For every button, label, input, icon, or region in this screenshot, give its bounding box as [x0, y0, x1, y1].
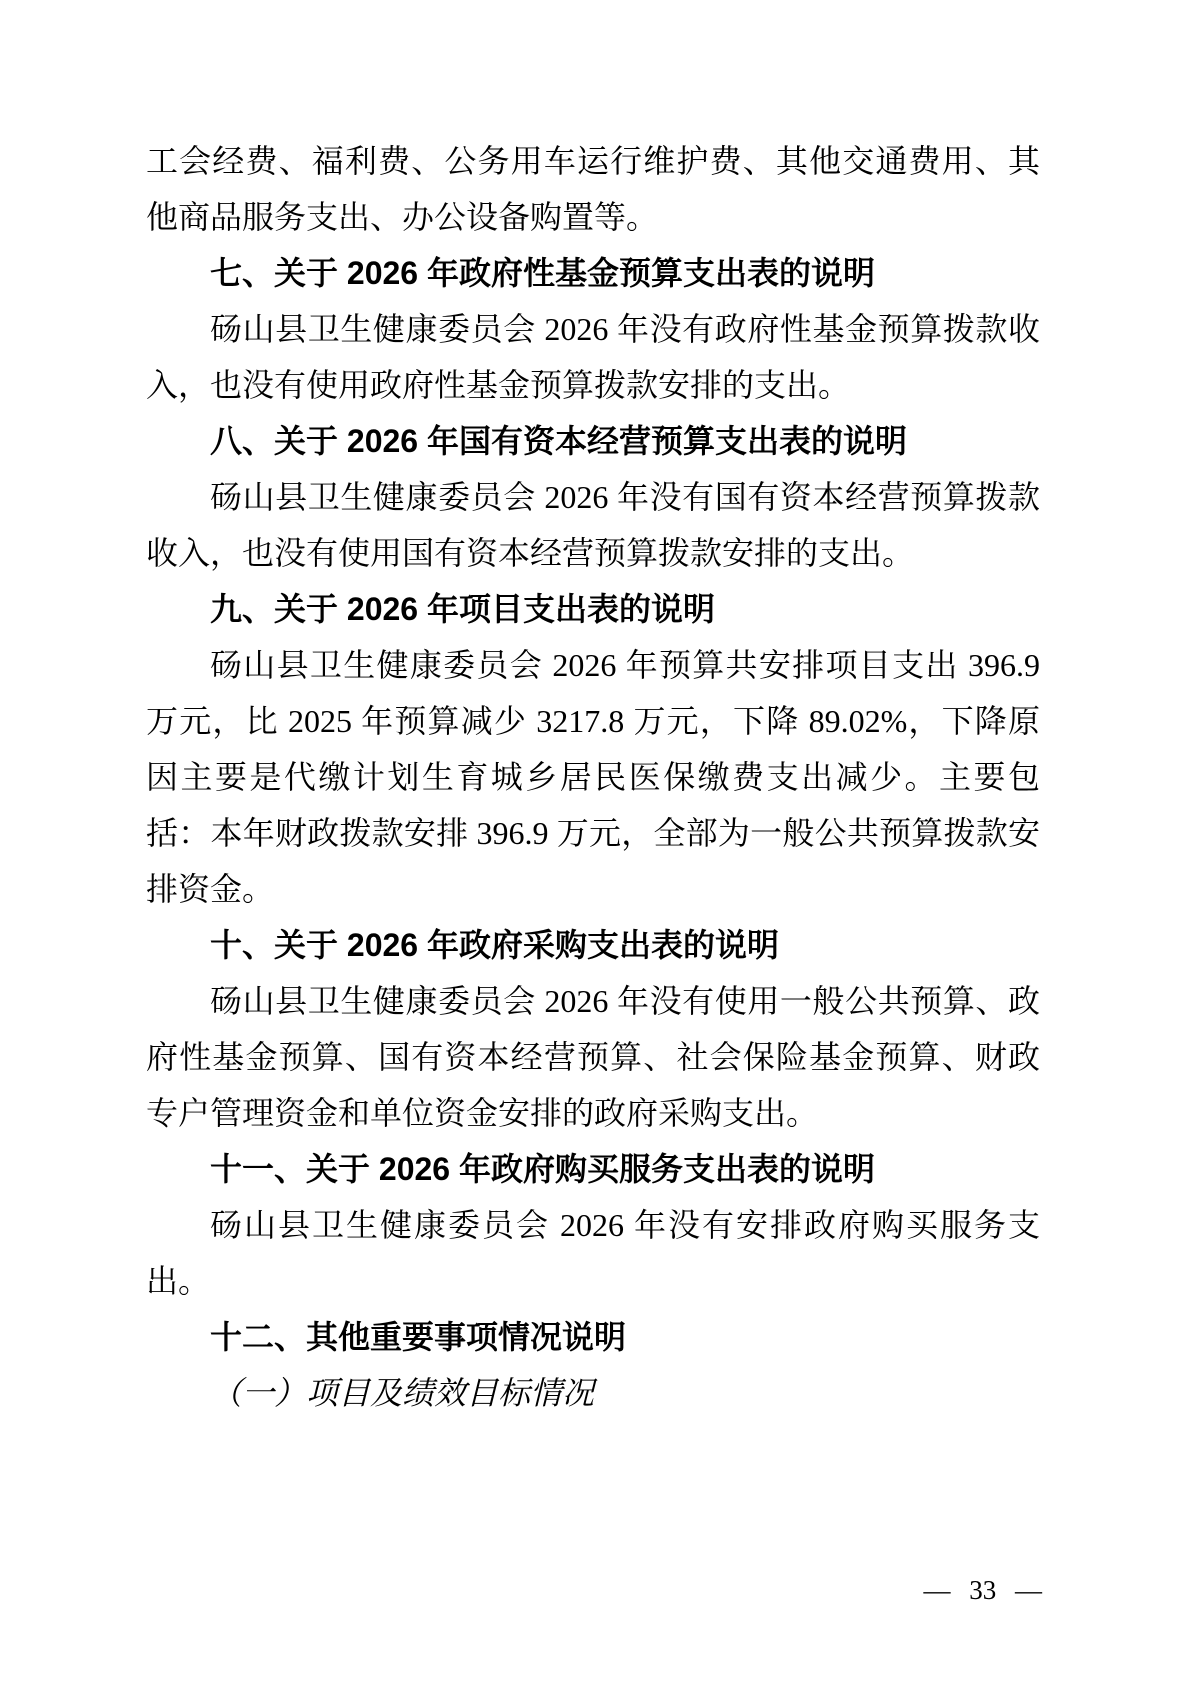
section-9-paragraph: 砀山县卫生健康委员会 2026 年预算共安排项目支出 396.9 万元，比 20…: [146, 637, 1040, 917]
section-7-paragraph: 砀山县卫生健康委员会 2026 年没有政府性基金预算拨款收入，也没有使用政府性基…: [146, 301, 1040, 413]
page-number: — 33 —: [924, 1575, 1043, 1606]
section-heading-9: 九、关于 2026 年项目支出表的说明: [146, 581, 1040, 637]
section-heading-7: 七、关于 2026 年政府性基金预算支出表的说明: [146, 245, 1040, 301]
section-12-subheading: （一）项目及绩效目标情况: [146, 1365, 1040, 1421]
paragraph-continuation: 工会经费、福利费、公务用车运行维护费、其他交通费用、其他商品服务支出、办公设备购…: [146, 133, 1040, 245]
section-8-paragraph: 砀山县卫生健康委员会 2026 年没有国有资本经营预算拨款收入，也没有使用国有资…: [146, 469, 1040, 581]
section-heading-12: 十二、其他重要事项情况说明: [146, 1309, 1040, 1365]
section-heading-10: 十、关于 2026 年政府采购支出表的说明: [146, 917, 1040, 973]
section-11-paragraph: 砀山县卫生健康委员会 2026 年没有安排政府购买服务支出。: [146, 1197, 1040, 1309]
section-heading-11: 十一、关于 2026 年政府购买服务支出表的说明: [146, 1141, 1040, 1197]
section-heading-8: 八、关于 2026 年国有资本经营预算支出表的说明: [146, 413, 1040, 469]
section-10-paragraph: 砀山县卫生健康委员会 2026 年没有使用一般公共预算、政府性基金预算、国有资本…: [146, 973, 1040, 1141]
document-page: 工会经费、福利费、公务用车运行维护费、其他交通费用、其他商品服务支出、办公设备购…: [0, 0, 1190, 1683]
document-body: 工会经费、福利费、公务用车运行维护费、其他交通费用、其他商品服务支出、办公设备购…: [146, 133, 1040, 1421]
